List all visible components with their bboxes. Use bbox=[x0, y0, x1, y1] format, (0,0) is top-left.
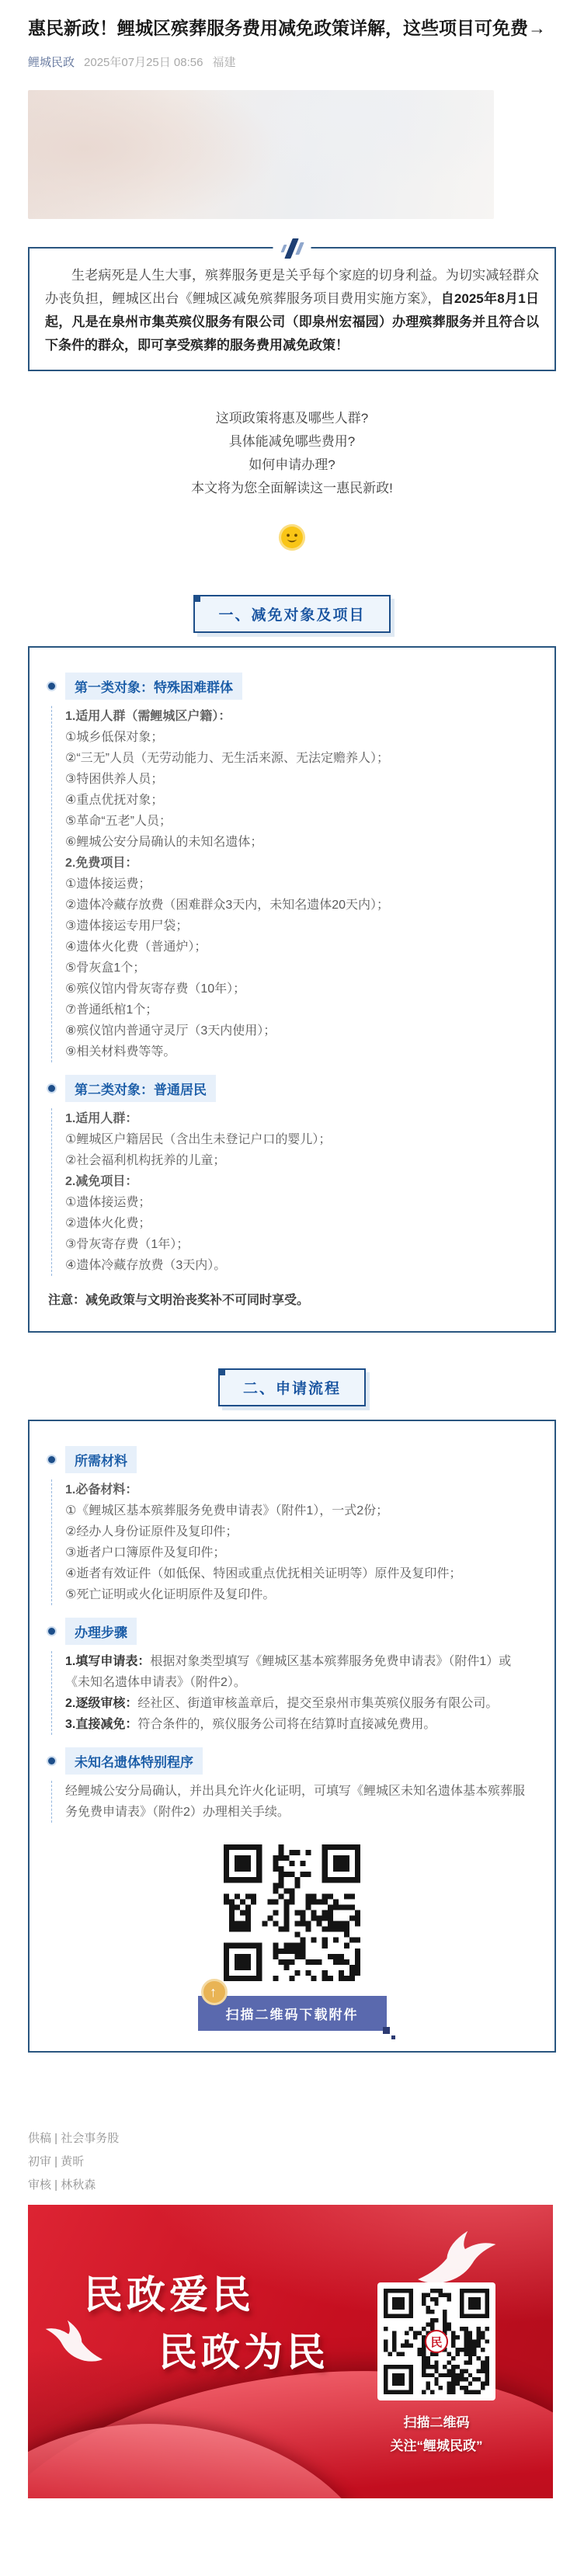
question-line: 这项政策将惠及哪些人群? bbox=[28, 407, 556, 430]
bullet-dot-icon bbox=[48, 1757, 55, 1764]
pixel-decor bbox=[391, 2035, 395, 2039]
group2-heading2: 2.减免项目： bbox=[65, 1171, 536, 1192]
publish-location: 福建 bbox=[212, 54, 235, 70]
banner-caption-line2: 关注“鲤城民政” bbox=[377, 2435, 495, 2458]
footer-banner-image[interactable]: 民政爱民 民政为民 民 扫描二维码 关注“鲤城民政” bbox=[28, 2205, 553, 2498]
byline: 鲤城民政 2025年07月25日 08:56 福建 bbox=[28, 54, 556, 70]
bullet-dot-icon bbox=[48, 1456, 55, 1463]
credit-line: 供稿 | 社会事务股 bbox=[28, 2127, 556, 2150]
section1-badge: 一、减免对象及项目 bbox=[193, 595, 390, 633]
bullet-dot-icon bbox=[48, 1085, 55, 1092]
list-item: ⑧殡仪馆内普通守灵厅（3天内使用）； bbox=[65, 1020, 536, 1041]
list-item: ③遗体接运专用尸袋； bbox=[65, 916, 536, 937]
group2-label: 第二类对象：普通居民 bbox=[65, 1075, 216, 1102]
list-item: ①遗体接运费； bbox=[65, 874, 536, 895]
list-item: ④逝者有效证件（如低保、特困或重点优抚相关证明等）原件及复印件； bbox=[65, 1563, 536, 1584]
bullet-dot-icon bbox=[48, 683, 55, 690]
materials-label: 所需材料 bbox=[65, 1446, 137, 1473]
question-line: 具体能减免哪些费用? bbox=[28, 430, 556, 454]
list-item: ③逝者户口簿原件及复印件； bbox=[65, 1542, 536, 1563]
bullet-dot-icon bbox=[48, 1628, 55, 1635]
list-item: ⑦普通纸棺1个； bbox=[65, 999, 536, 1020]
bottom-spacer bbox=[28, 2537, 556, 2576]
list-item: ⑥鲤城公安分局确认的未知名遗体； bbox=[65, 832, 536, 853]
credits: 供稿 | 社会事务股 初审 | 黄昕 审核 | 林秋森 bbox=[28, 2127, 556, 2197]
list-item: ①鲤城区户籍居民（含出生未登记户口的婴儿）； bbox=[65, 1129, 536, 1150]
pixel-decor bbox=[383, 2027, 390, 2034]
group1-heading2: 2.免费项目： bbox=[65, 853, 536, 874]
list-item: ②“三无”人员（无劳动能力、无生活来源、无法定赡养人）； bbox=[65, 748, 536, 769]
list-item: ⑤死亡证明或火化证明原件及复印件。 bbox=[65, 1584, 536, 1605]
page-title: 惠民新政！鲤城区殡葬服务费用减免政策详解，这些项目可免费→ bbox=[28, 16, 556, 41]
qr-area: ↑ 扫描二维码下载附件 bbox=[48, 1844, 536, 2031]
section1-box: 第一类对象：特殊困难群体 1.适用人群（需鲤城区户籍）： ①城乡低保对象； ②“… bbox=[28, 646, 556, 1333]
group2-content: 1.适用人群： ①鲤城区户籍居民（含出生未登记户口的婴儿）； ②社会福利机构抚养… bbox=[51, 1108, 536, 1276]
banner-slogan-1: 民政爱民 bbox=[84, 2264, 255, 2320]
list-item: ⑥殡仪馆内骨灰寄存费（10年）； bbox=[65, 979, 536, 999]
question-list: 这项政策将惠及哪些人群? 具体能减免哪些费用? 如何申请办理? 本文将为您全面解… bbox=[28, 407, 556, 500]
steps-content: 1.填写申请表：根据对象类型填写《鲤城区基本殡葬服务免费申请表》（附件1）或《未… bbox=[51, 1651, 536, 1735]
materials-heading: 1.必备材料： bbox=[65, 1479, 536, 1500]
steps-label-row: 办理步骤 bbox=[48, 1618, 536, 1645]
special-label-row: 未知名遗体特别程序 bbox=[48, 1747, 536, 1775]
banner-caption-line1: 扫描二维码 bbox=[377, 2411, 495, 2435]
special-text: 经鲤城公安分局确认，并出具允许火化证明，可填写《鲤城区未知名遗体基本殡葬服务免费… bbox=[65, 1781, 536, 1823]
step-text: 符合条件的，殡仪服务公司将在结算时直接减免费用。 bbox=[137, 1718, 436, 1731]
list-item: ②经办人身份证原件及复印件； bbox=[65, 1521, 536, 1542]
double-slash-divider-icon bbox=[273, 238, 311, 259]
list-item: ④遗体火化费（普通炉）； bbox=[65, 937, 536, 958]
question-line: 本文将为您全面解读这一惠民新政! bbox=[28, 477, 556, 500]
list-item: ⑨相关材料费等等。 bbox=[65, 1041, 536, 1062]
section2-box: 所需材料 1.必备材料： ①《鲤城区基本殡葬服务免费申请表》（附件1），一式2份… bbox=[28, 1420, 556, 2053]
banner-qr-card[interactable]: 民 bbox=[377, 2282, 495, 2400]
list-item: ⑤革命“五老”人员； bbox=[65, 811, 536, 832]
download-attachment-button[interactable]: ↑ 扫描二维码下载附件 bbox=[198, 1996, 387, 2031]
special-label: 未知名遗体特别程序 bbox=[65, 1747, 203, 1775]
step-item: 2.逐级审核：经社区、街道审核盖章后，提交至泉州市集英殡仪服务有限公司。 bbox=[65, 1693, 536, 1714]
group1-label: 第一类对象：特殊困难群体 bbox=[65, 673, 242, 700]
publish-date: 2025年07月25日 08:56 bbox=[84, 54, 203, 70]
list-item: ②遗体冷藏存放费（困难群众3天内，未知名遗体20天内）； bbox=[65, 895, 536, 916]
smiley-face-icon bbox=[278, 523, 306, 551]
dove-icon bbox=[37, 2314, 116, 2371]
intro-paragraph: 生老病死是人生大事，殡葬服务更是关乎每个家庭的切身利益。为切实减轻群众办丧负担，… bbox=[45, 264, 539, 357]
article-page: 惠民新政！鲤城区殡葬服务费用减免政策详解，这些项目可免费→ 鲤城民政 2025年… bbox=[0, 0, 584, 2576]
arrow-up-icon: ↑ bbox=[201, 1979, 228, 2005]
intro-box: 生老病死是人生大事，殡葬服务更是关乎每个家庭的切身利益。为切实减轻群众办丧负担，… bbox=[28, 247, 556, 371]
list-item: ③骨灰寄存费（1年）； bbox=[65, 1234, 536, 1255]
special-content: 经鲤城公安分局确认，并出具允许火化证明，可填写《鲤城区未知名遗体基本殡葬服务免费… bbox=[51, 1781, 536, 1823]
question-line: 如何申请办理? bbox=[28, 454, 556, 477]
step-lead: 2.逐级审核： bbox=[65, 1697, 137, 1710]
list-item: ⑤骨灰盒1个； bbox=[65, 958, 536, 979]
list-item: ①城乡低保对象； bbox=[65, 727, 536, 748]
step-lead: 1.填写申请表： bbox=[65, 1655, 150, 1668]
section2-badge: 二、申请流程 bbox=[218, 1368, 366, 1406]
banner-slogan-2: 民政为民 bbox=[158, 2321, 329, 2377]
group2-heading1: 1.适用人群： bbox=[65, 1108, 536, 1129]
step-item: 3.直接减免：符合条件的，殡仪服务公司将在结算时直接减免费用。 bbox=[65, 1714, 536, 1735]
group1-heading1: 1.适用人群（需鲤城区户籍）： bbox=[65, 706, 536, 727]
group1-content: 1.适用人群（需鲤城区户籍）： ①城乡低保对象； ②“三无”人员（无劳动能力、无… bbox=[51, 706, 536, 1062]
group2-label-row: 第二类对象：普通居民 bbox=[48, 1075, 536, 1102]
banner-caption: 扫描二维码 关注“鲤城民政” bbox=[377, 2411, 495, 2458]
steps-label: 办理步骤 bbox=[65, 1618, 137, 1645]
author-link[interactable]: 鲤城民政 bbox=[28, 54, 75, 70]
step-lead: 3.直接减免： bbox=[65, 1718, 137, 1731]
step-text: 经社区、街道审核盖章后，提交至泉州市集英殡仪服务有限公司。 bbox=[137, 1697, 498, 1710]
group1-label-row: 第一类对象：特殊困难群体 bbox=[48, 673, 536, 700]
materials-content: 1.必备材料： ①《鲤城区基本殡葬服务免费申请表》（附件1），一式2份； ②经办… bbox=[51, 1479, 536, 1605]
credit-line: 审核 | 林秋森 bbox=[28, 2174, 556, 2197]
attachment-qr-code[interactable] bbox=[224, 1844, 360, 1981]
list-item: ④重点优抚对象； bbox=[65, 790, 536, 811]
hero-image[interactable] bbox=[28, 90, 494, 219]
list-item: ③特困供养人员； bbox=[65, 769, 536, 790]
list-item: ④遗体冷藏存放费（3天内）。 bbox=[65, 1255, 536, 1276]
list-item: ②遗体火化费； bbox=[65, 1213, 536, 1234]
list-item: ②社会福利机构抚养的儿童； bbox=[65, 1150, 536, 1171]
list-item: ①《鲤城区基本殡葬服务免费申请表》（附件1），一式2份； bbox=[65, 1500, 536, 1521]
section1-note: 注意：减免政策与文明治丧奖补不可同时享受。 bbox=[48, 1290, 536, 1311]
step-item: 1.填写申请表：根据对象类型填写《鲤城区基本殡葬服务免费申请表》（附件1）或《未… bbox=[65, 1651, 536, 1693]
materials-label-row: 所需材料 bbox=[48, 1446, 536, 1473]
list-item: ①遗体接运费； bbox=[65, 1192, 536, 1213]
download-button-label: 扫描二维码下载附件 bbox=[226, 2008, 359, 2022]
credit-line: 初审 | 黄昕 bbox=[28, 2150, 556, 2174]
